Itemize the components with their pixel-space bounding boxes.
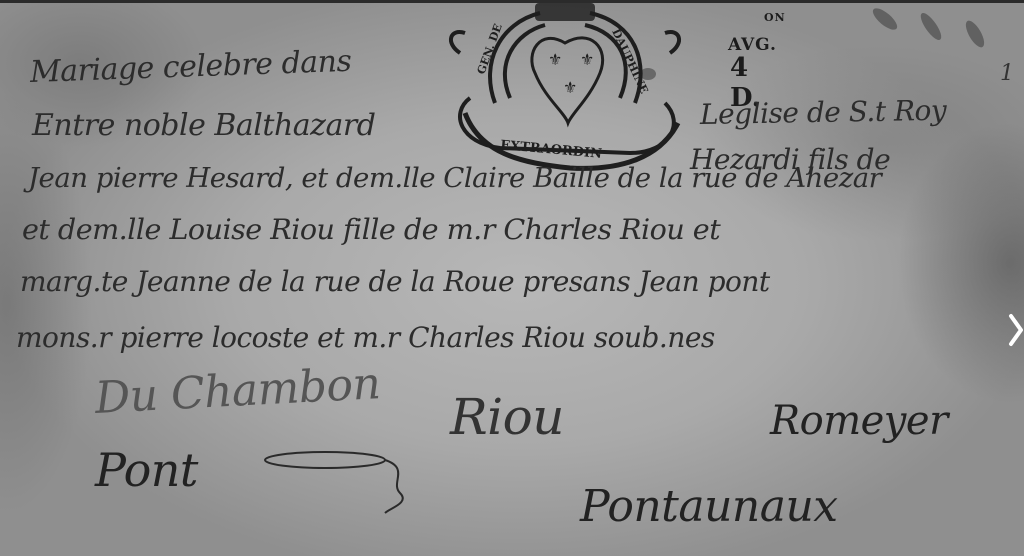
document-scan: ⚜ ⚜ ⚜ EXTRAORDIN GEN. DE DAUPHINE ON AVG… [0, 3, 1024, 556]
next-image-button[interactable] [998, 305, 1024, 355]
signature-du-chambon: Du Chambon [94, 358, 382, 424]
handwriting-line-1: Mariage celebre dans [29, 44, 351, 90]
viewer-top-bar [0, 0, 1024, 3]
handwriting-line-5: marg.te Jeanne de la rue de la Roue pres… [20, 265, 770, 298]
ink-blot [870, 5, 901, 33]
image-viewer: ⚜ ⚜ ⚜ EXTRAORDIN GEN. DE DAUPHINE ON AVG… [0, 0, 1024, 556]
svg-text:⚜: ⚜ [563, 78, 577, 97]
signature-romeyer: Romeyer [770, 398, 948, 444]
signature-flourish [260, 448, 420, 518]
signature-pont: Pont [95, 443, 198, 497]
handwriting-line-2: Entre noble Balthazard [32, 108, 375, 143]
margin-mark: 1 [1000, 61, 1014, 86]
handwriting-right-1: Leglise de S.t Roy [700, 94, 947, 131]
stamp-code-top: ON [764, 11, 786, 24]
signature-pontaunaux: Pontaunaux [580, 481, 838, 532]
ink-blot [962, 18, 987, 50]
signature-riou: Riou [450, 388, 564, 446]
handwriting-line-3: Jean pierre Hesard, et dem.lle Claire Ba… [28, 163, 881, 194]
stamp-ring-left: GEN. DE [475, 22, 505, 76]
svg-text:⚜: ⚜ [548, 50, 562, 69]
handwriting-line-6: mons.r pierre locoste et m.r Charles Rio… [16, 321, 715, 354]
tax-stamp-emblem: ⚜ ⚜ ⚜ EXTRAORDIN GEN. DE DAUPHINE [440, 3, 690, 178]
svg-text:⚜: ⚜ [580, 50, 594, 69]
handwriting-line-4: et dem.lle Louise Riou fille de m.r Char… [22, 213, 720, 246]
chevron-right-icon [1008, 312, 1024, 348]
stamp-code-middle: AVG. [728, 35, 777, 55]
ink-blot [917, 10, 944, 43]
